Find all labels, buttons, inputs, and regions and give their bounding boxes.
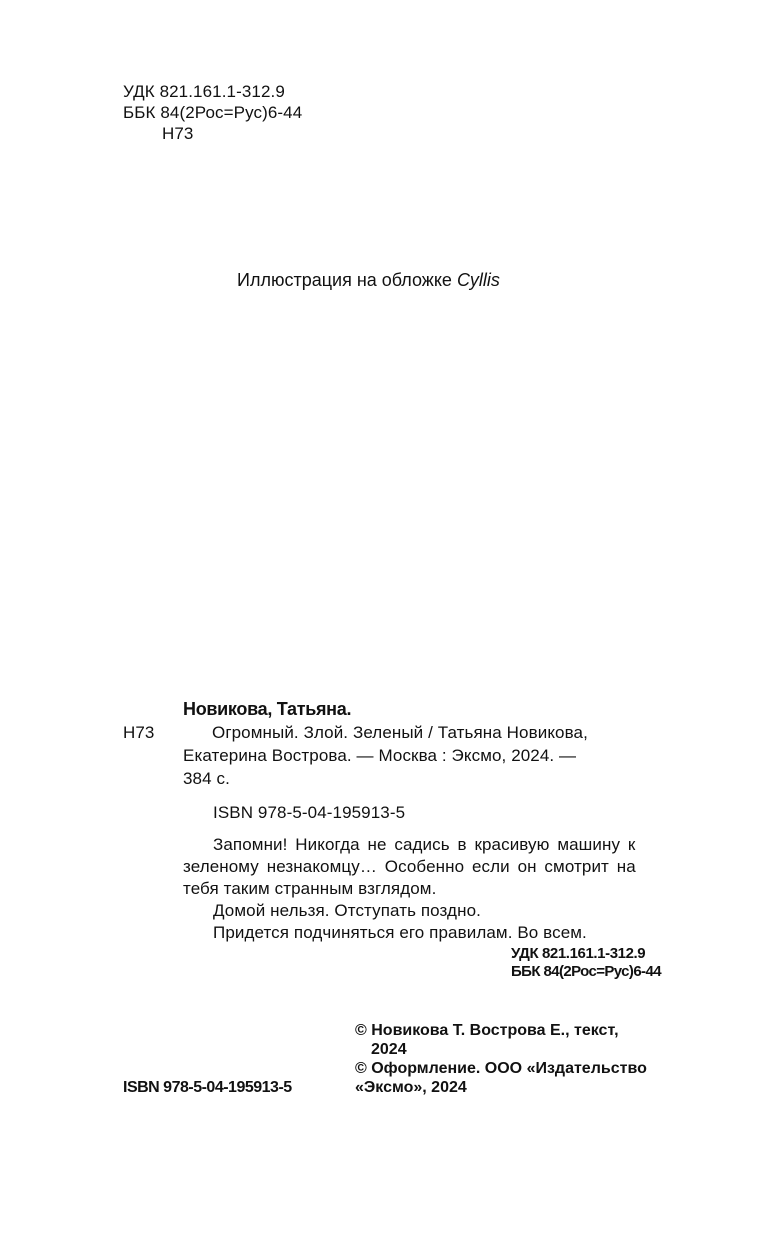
footer-copyright-line-3: © Оформление. ООО «Издательство bbox=[355, 1059, 647, 1079]
card-udk: УДК 821.161.1-312.9 bbox=[511, 944, 645, 964]
footer-isbn: ISBN 978-5-04-195913-5 bbox=[123, 1078, 292, 1098]
annotation-line-4: Домой нельзя. Отступать поздно. bbox=[213, 901, 481, 921]
card-bbk: ББК 84(2Рос=Рус)6-44 bbox=[511, 962, 661, 982]
illustration-credit: Иллюстрация на обложке Cyllis bbox=[237, 270, 500, 290]
annotation-line-5: Придется подчиняться его правилам. Во вс… bbox=[213, 923, 587, 943]
udk-code: УДК 821.161.1-312.9 bbox=[123, 82, 285, 102]
annotation-line-1: Запомни! Никогда не садись в красивую ма… bbox=[213, 835, 635, 855]
footer-copyright-line-2: 2024 bbox=[371, 1040, 407, 1060]
description-line-1: Огромный. Злой. Зеленый / Татьяна Новико… bbox=[212, 723, 588, 743]
author-mark: Н73 bbox=[162, 124, 194, 144]
description-line-3: 384 с. bbox=[183, 769, 230, 789]
footer-copyright-line-1: © Новикова Т. Вострова Е., текст, bbox=[355, 1021, 619, 1041]
illustration-prefix: Иллюстрация на обложке bbox=[237, 270, 457, 290]
bbk-code: ББК 84(2Рос=Рус)6-44 bbox=[123, 103, 302, 123]
description-line-2: Екатерина Вострова. — Москва : Эксмо, 20… bbox=[183, 746, 576, 766]
card-isbn: ISBN 978-5-04-195913-5 bbox=[213, 803, 405, 823]
annotation-line-3: тебя таким странным взглядом. bbox=[183, 879, 436, 899]
author-heading: Новикова, Татьяна. bbox=[183, 699, 351, 719]
annotation-line-2: зеленому незнакомцу… Особенно если он см… bbox=[183, 857, 636, 877]
illustration-artist: Cyllis bbox=[457, 270, 500, 290]
footer-copyright-line-4: «Эксмо», 2024 bbox=[355, 1078, 467, 1098]
card-author-mark: Н73 bbox=[123, 723, 155, 743]
